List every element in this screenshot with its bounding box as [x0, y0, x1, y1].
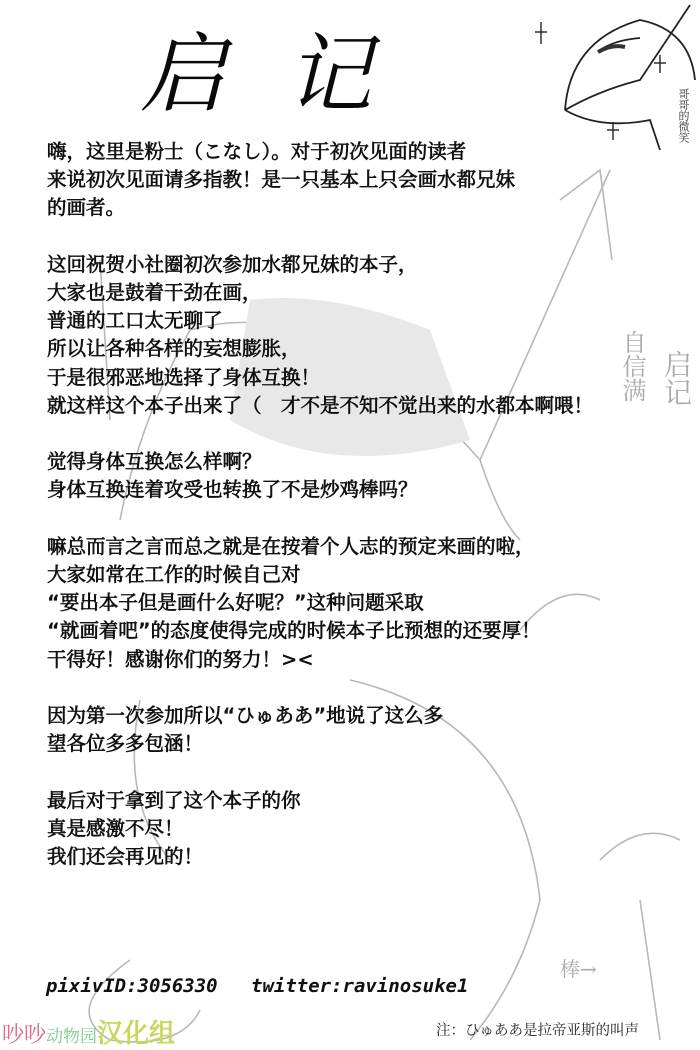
paragraph-closing: 最后对于拿到了这个本子的你 真是感激不尽！ 我们还会再见的！ — [47, 787, 697, 872]
text-line: 最后对于拿到了这个本子的你 — [47, 787, 697, 815]
text-line: 就这样这个本子出来了（ 才不是不知不觉出来的水都本啊喂！ — [47, 392, 697, 420]
text-line: 大家也是鼓着干劲在画， — [47, 279, 697, 307]
author-credits: pixivID:3056330 twitter:ravinosuke1 — [46, 975, 490, 997]
paragraph-intro: 嗨，这里是粉士（こなし）。对于初次见面的读者 来说初次见面请多指教！是一只基本上… — [47, 138, 697, 223]
paragraph-circle: 这回祝贺小社圈初次参加水都兄妹的本子， 大家也是鼓着干劲在画， 普通的工口太无聊… — [47, 251, 697, 420]
text-line: 的画者。 — [47, 194, 697, 222]
text-line: 大家如常在工作的时候自己对 — [47, 561, 697, 589]
text-line: 望各位多多包涵！ — [47, 730, 697, 758]
text-line: “要出本子但是画什么好呢？”这种问题采取 — [47, 589, 697, 617]
mascot-caption: 哥哥的微笑 — [650, 88, 690, 143]
text-line: 真是感激不尽！ — [47, 815, 697, 843]
text-line: 于是很邪恶地选择了身体互换！ — [47, 364, 697, 392]
side-scribble-arrow-label: 棒→ — [560, 955, 597, 983]
afterword-body: 嗨，这里是粉士（こなし）。对于初次见面的读者 来说初次见面请多指教！是一只基本上… — [47, 138, 697, 899]
text-line: 我们还会再见的！ — [47, 843, 697, 871]
paragraph-question: 觉得身体互换怎么样啊？ 身体互换连着攻受也转换了不是炒鸡棒吗？ — [47, 448, 697, 504]
text-line: 觉得身体互换怎么样啊？ — [47, 448, 697, 476]
text-line: 嗨，这里是粉士（こなし）。对于初次见面的读者 — [47, 138, 697, 166]
text-line: “就画着吧”的态度使得完成的时候本子比预想的还要厚！ — [47, 617, 697, 645]
text-line: 普通的工口太无聊了 — [47, 307, 697, 335]
text-line: 因为第一次参加所以“ひゅああ”地说了这么多 — [47, 702, 697, 730]
group-name-part-2: 动物园 — [46, 1027, 97, 1047]
paragraph-thanks: 嘛总而言之言而总之就是在按着个人志的预定来画的啦， 大家如常在工作的时候自己对 … — [47, 533, 697, 674]
translation-group-logo: 吵吵动物园汉化组 — [2, 1013, 175, 1050]
paragraph-apology: 因为第一次参加所以“ひゅああ”地说了这么多 望各位多多包涵！ — [47, 702, 697, 758]
text-line: 这回祝贺小社圈初次参加水都兄妹的本子， — [47, 251, 697, 279]
translator-note: 注：ひゅああ是拉帝亚斯的叫声 — [436, 1019, 639, 1040]
text-line: 嘛总而言之言而总之就是在按着个人志的预定来画的啦， — [47, 533, 697, 561]
text-line: 干得好！感谢你们的努力！>< — [47, 646, 697, 674]
text-line: 来说初次见面请多指教！是一只基本上只会画水都兄妹 — [47, 166, 697, 194]
text-line: 所以让各种各样的妄想膨胀， — [47, 335, 697, 363]
page-title: 启记 — [140, 20, 440, 130]
group-name-part-3: 汉化组 — [97, 1019, 175, 1049]
twitter-handle: twitter:ravinosuke1 — [251, 975, 468, 997]
text-line: 身体互换连着攻受也转换了不是炒鸡棒吗？ — [47, 476, 697, 504]
group-name-part-1: 吵吵 — [2, 1023, 46, 1048]
pixiv-id: pixivID:3056330 — [46, 975, 218, 997]
